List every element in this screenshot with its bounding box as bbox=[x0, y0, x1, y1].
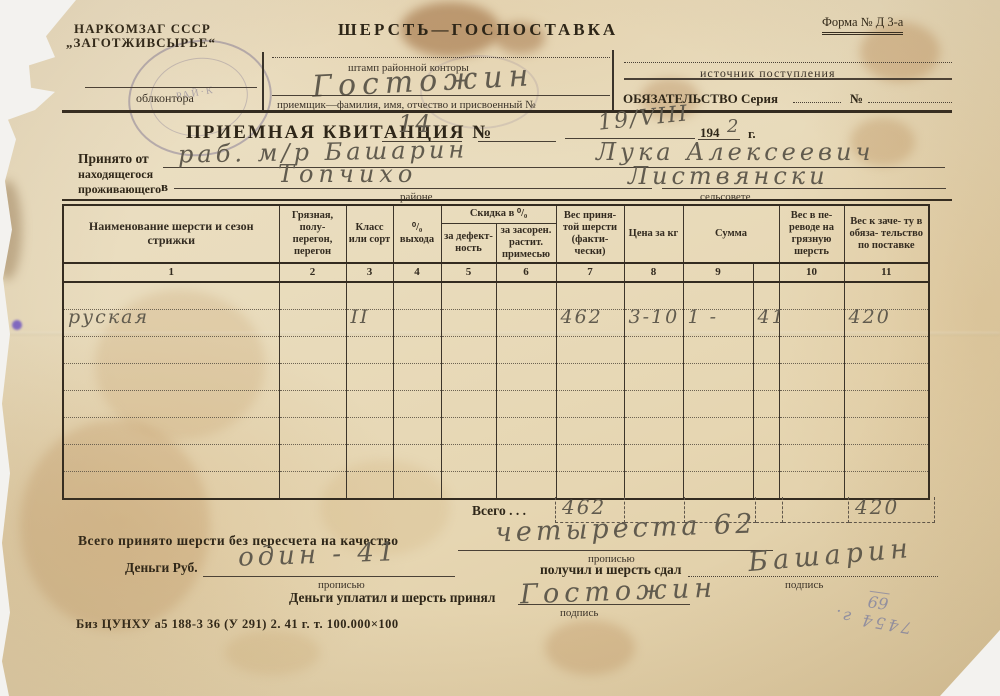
paper-sheet: РАЙ·К НАРКОМЗАГ СССР „ЗАГОТЖИВСЫРЬЕ“ ШЕР… bbox=[0, 0, 1000, 696]
cell-handwriting: руская bbox=[68, 306, 149, 328]
cell-handwriting: 3-10 bbox=[629, 306, 680, 328]
cell-handwriting: 462 bbox=[561, 306, 603, 328]
cell-handwriting: 41 bbox=[758, 306, 786, 328]
cell-handwriting: 420 bbox=[849, 306, 891, 328]
scanned-receipt-document: РАЙ·К НАРКОМЗАГ СССР „ЗАГОТЖИВСЫРЬЕ“ ШЕР… bbox=[0, 0, 1000, 696]
cell-handwriting: II bbox=[351, 306, 370, 328]
paper-vignette bbox=[0, 0, 1000, 696]
cell-handwriting: 1 - bbox=[688, 306, 719, 328]
